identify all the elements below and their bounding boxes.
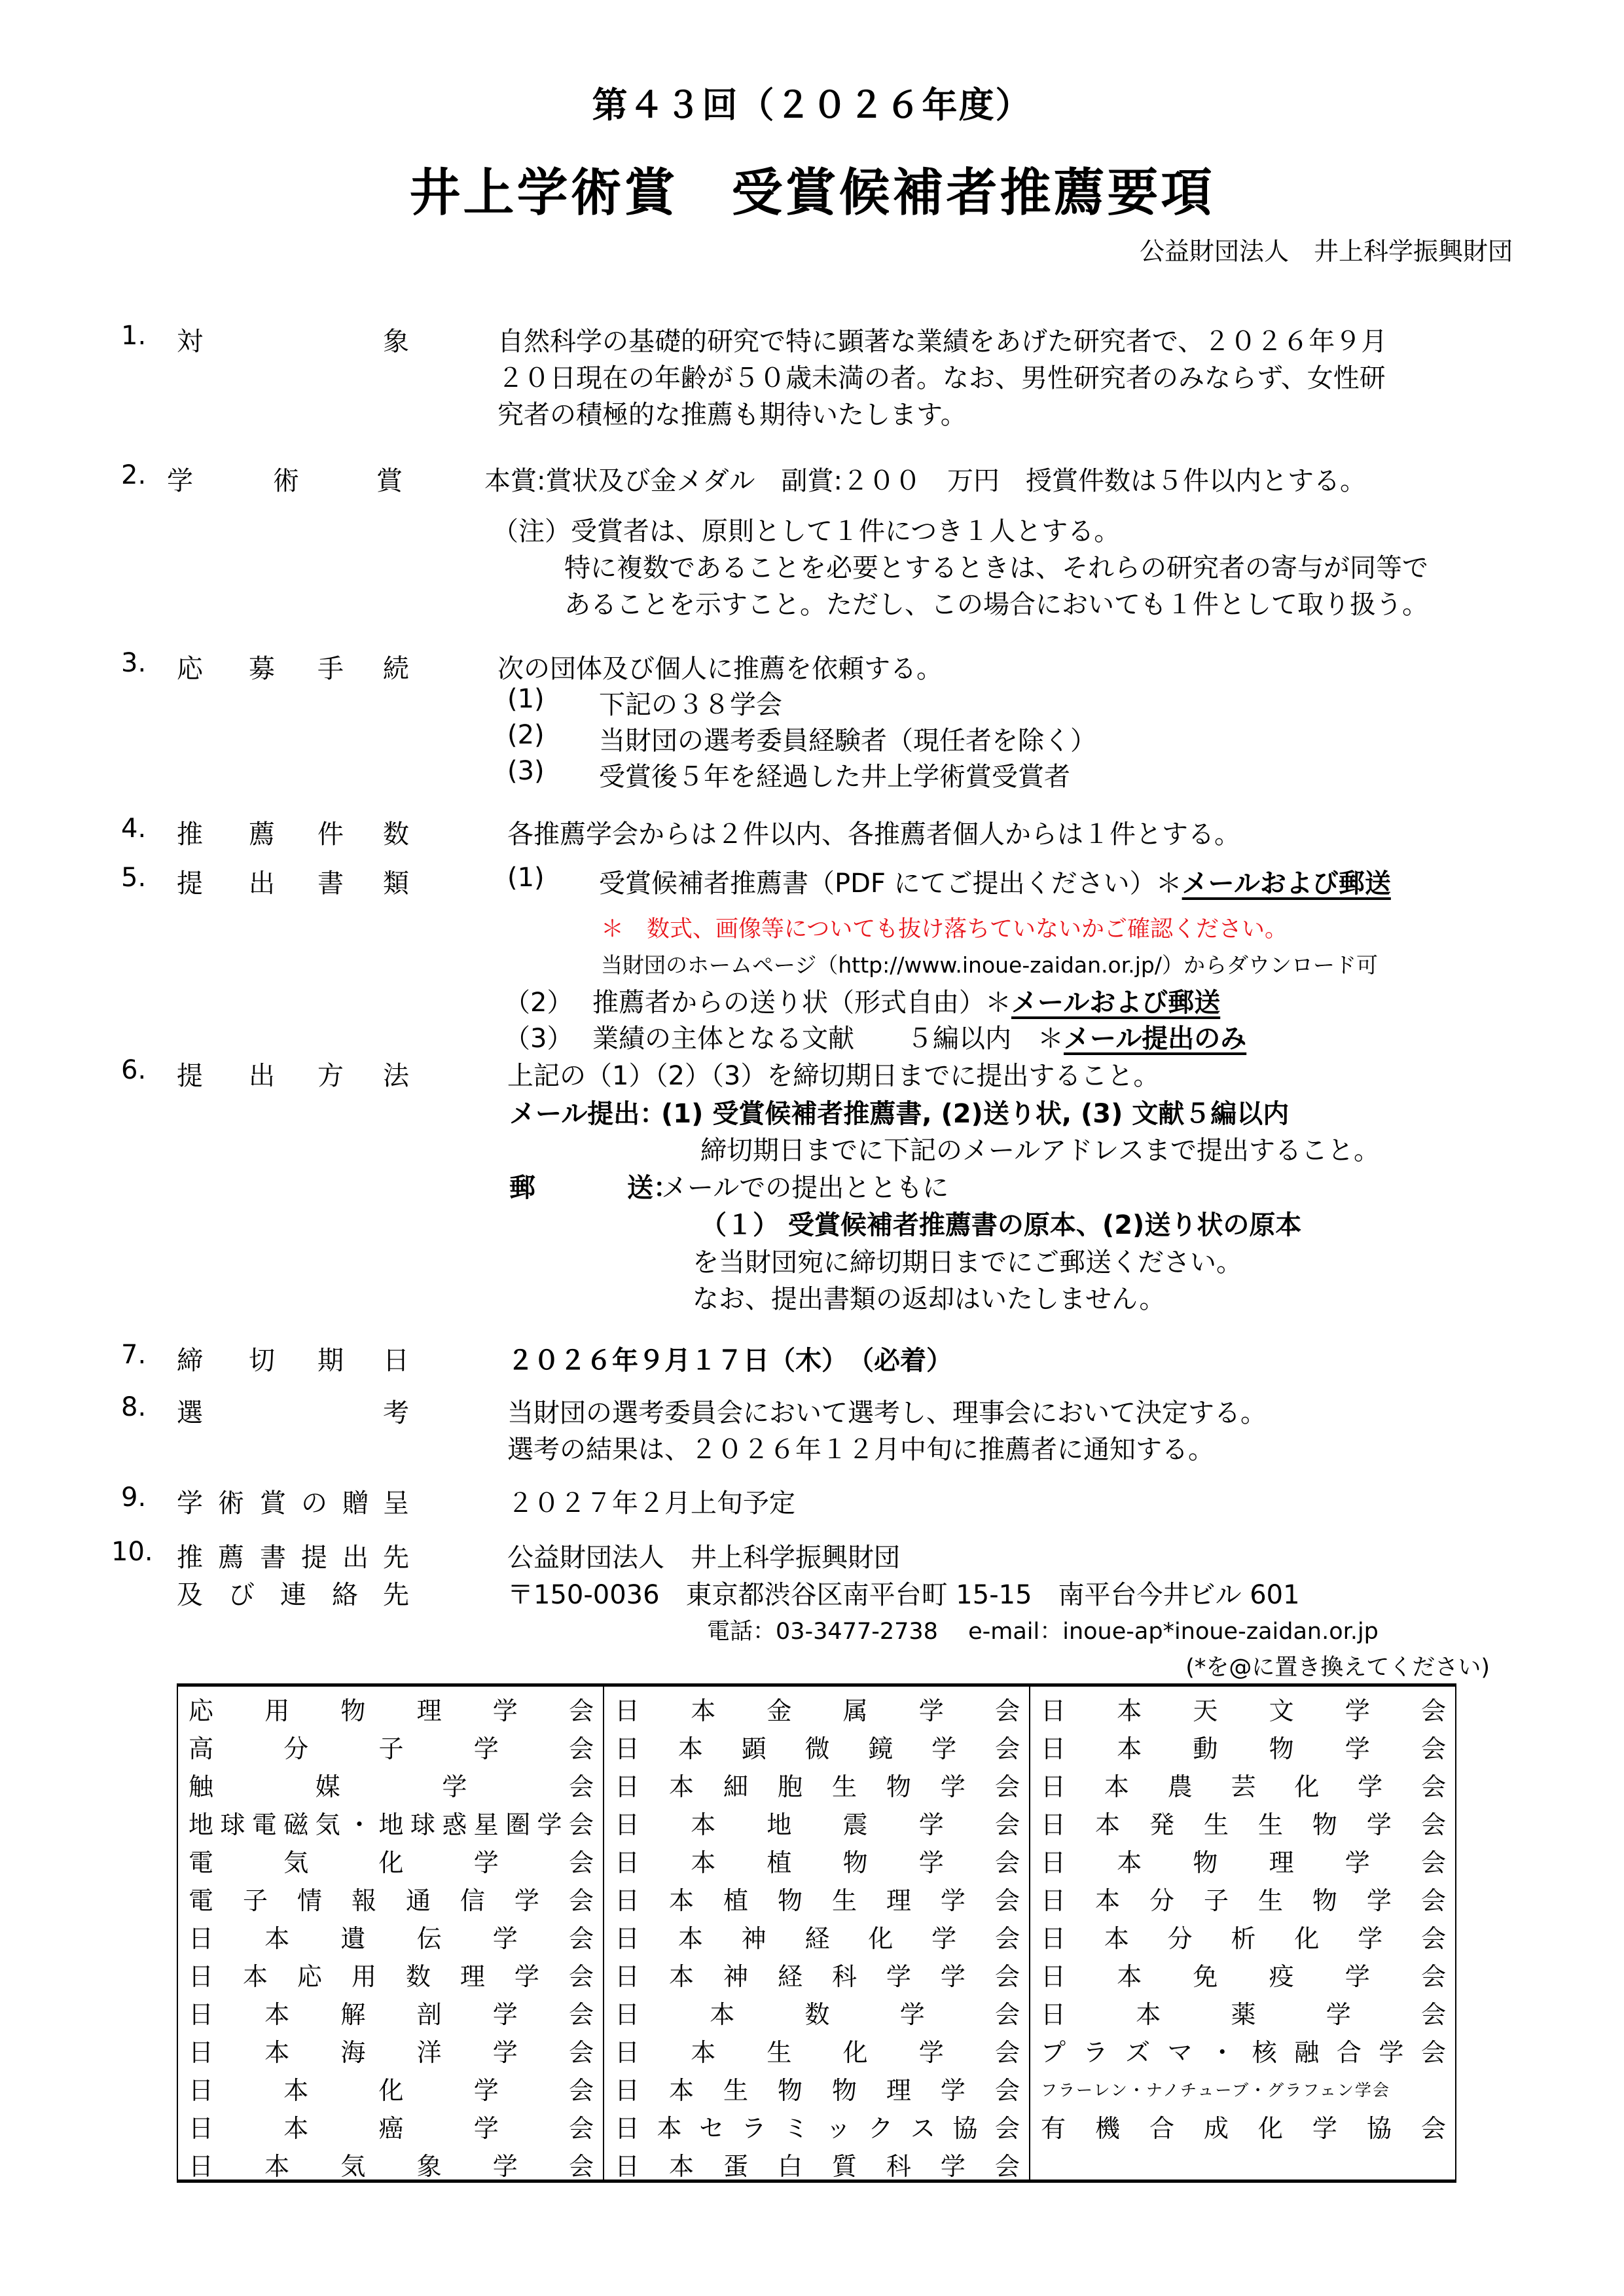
society-entry: 日本免疫学会 [1041,1958,1446,1996]
section-2-label: 2. 学 術 賞 [121,460,146,490]
label-char: 書 [260,1537,286,1574]
society-entry: プラズマ・核融合学会 [1041,2034,1446,2072]
label-char: 手 [317,648,344,685]
label-char: 数 [383,814,409,851]
label-char: 出 [342,1537,369,1574]
society-entry: 日本解剖学会 [189,1996,594,2034]
society-entry: 日本植物生理学会 [615,1882,1020,1920]
email-submission-items: (1) 受賞候補者推薦書, (2)送り状, (3) 文献５編以内 [661,1093,1289,1130]
society-entry: フラーレン・ナノチューブ・グラフェン学会 [1041,2072,1446,2109]
society-entry: 日本癌学会 [189,2109,594,2147]
society-entry: 日本セラミックス協会 [615,2109,1020,2147]
label-char: 日 [383,1340,409,1377]
document-title: 井上学術賞 受賞候補者推薦要項 [0,152,1624,225]
label-char: 出 [249,863,275,900]
society-entry: 電子情報通信学会 [189,1882,594,1920]
section-number: 5. [121,863,146,893]
section-7-label: 7. 締 切 期 日 [121,1340,146,1370]
section-number: 10. [111,1537,153,1567]
section-number: 1. [121,321,146,351]
section-1-line: 究者の積極的な推薦も期待いたします。 [497,394,967,431]
section-number: 2. [121,460,146,490]
document-item-1: 受賞候補者推薦書（PDF にてご提出ください）＊メールおよび郵送 [599,863,1391,900]
request-item: 下記の３８学会 [599,684,782,721]
postal-items: （１） 受賞候補者推薦書の原本、(2)送り状の原本 [700,1204,1301,1242]
section-1-line: 自然科学の基礎的研究で特に顕著な業績をあげた研究者で、２０２６年９月 [497,321,1387,358]
label-char: 募 [249,648,275,685]
warning-note: ＊ 数式、画像等についても抜け落ちていないかご確認ください。 [601,911,1288,944]
society-entry: 日本発生生物学会 [1041,1806,1446,1844]
society-entry: 日本数学会 [615,1996,1020,2034]
contact-phone-email: 電話：03-3477-2738 e-mail：inoue-ap*inoue-za… [707,1613,1379,1646]
label-char: 賞 [260,1482,286,1520]
email-submission-note: 締切期日までに下記のメールアドレスまで提出すること。 [700,1130,1380,1167]
section-10-label: 10. 推 薦 書 提 出 先 [111,1537,153,1567]
label-char: 応 [177,648,203,685]
award-note: 特に複数であることを必要とするときは、それらの研究者の寄与が同等で [564,547,1428,584]
society-entry: 日本農芸化学会 [1041,1768,1446,1806]
document-item-2: 推薦者からの送り状（形式自由）＊メールおよび郵送 [592,982,1220,1019]
label-char: 術 [273,460,299,497]
section-4-label: 4. 推 薦 件 数 [121,814,146,844]
society-entry: 日本応用数理学会 [189,1958,594,1996]
document-item-num: （3） [504,1018,573,1055]
society-entry: 日本遺伝学会 [189,1920,594,1958]
label-char: 推 [177,1537,203,1574]
award-details: 本賞:賞状及び金メダル 副賞:２００ 万円 授賞件数は５件以内とする。 [484,460,1366,497]
label-char: び [228,1574,255,1611]
document-item-text: 受賞候補者推薦書（PDF にてご提出ください）＊ [599,869,1182,899]
document-subtitle: 第４３回（２０２６年度） [0,77,1624,128]
society-entry: 日本金属学会 [615,1692,1020,1730]
label-char: 絡 [332,1574,358,1611]
label-char: の [301,1482,327,1520]
society-entry: 日本植物学会 [615,1844,1020,1882]
section-number: 3. [121,648,146,678]
label-char: 賞 [376,460,403,497]
section-1-line: ２０日現在の年齢が５０歳未満の者。なお、男性研究者のみならず、女性研 [497,357,1386,395]
request-item-num: (1) [507,684,545,714]
label-char: 提 [301,1537,327,1574]
label-char: 呈 [383,1482,409,1520]
label-char: 法 [383,1055,409,1092]
label-char: 先 [383,1574,409,1611]
document-item-text: 推薦者からの送り状（形式自由）＊ [592,988,1011,1018]
contact-address: 〒150-0036 東京都渋谷区南平台町 15-15 南平台今井ビル 601 [507,1574,1300,1611]
deadline-date: ２０２６年９月１７日（木） （必着） [507,1340,952,1377]
label-char: 選 [177,1392,203,1429]
society-entry: 日本物理学会 [1041,1844,1446,1882]
postal-label: 郵 [509,1167,535,1204]
request-intro: 次の団体及び個人に推薦を依頼する。 [497,648,943,685]
request-item-num: (3) [507,756,545,786]
label-char: 方 [317,1055,344,1092]
section-number: 6. [121,1055,146,1085]
recommendation-count: 各推薦学会からは２件以内、各推薦者個人からは１件とする。 [507,814,1240,851]
issuing-organization: 公益財団法人 井上科学振興財団 [1140,231,1513,267]
label-char: 書 [317,863,344,900]
award-note: （注）受賞者は、原則として１件につき１人とする。 [492,511,1120,548]
societies-column-2: 日本金属学会日本顕微鏡学会日本細胞生物学会日本地震学会日本植物学会日本植物生理学… [604,1687,1030,2179]
society-entry: 日本分子生物学会 [1041,1882,1446,1920]
label-char: 締 [177,1340,203,1377]
label-char: 対 [177,321,203,358]
award-note: あることを示すこと。ただし、この場合においても１件として取り扱う。 [564,584,1428,621]
postal-intro: メールでの提出とともに [661,1167,948,1204]
label-char: 出 [249,1055,275,1092]
section-8-label: 8. 選 考 [121,1392,146,1422]
postal-note: なお、提出書類の返却はいたしません。 [693,1278,1165,1316]
society-entry: 日本神経科学学会 [615,1958,1020,1996]
selection-line: 当財団の選考委員会において選考し、理事会において決定する。 [507,1392,1267,1429]
submission-method: メールおよび郵送 [1011,988,1220,1018]
section-number: 4. [121,814,146,844]
society-entry: 日本化学会 [189,2072,594,2109]
label-char: 件 [317,814,344,851]
request-item: 受賞後５年を経過した井上学術賞受賞者 [599,756,1070,793]
request-item-num: (2) [507,720,545,750]
selection-line: 選考の結果は、２０２６年１２月中旬に推薦者に通知する。 [507,1429,1214,1466]
societies-column-3: 日本天文学会日本動物学会日本農芸化学会日本発生生物学会日本物理学会日本分子生物学… [1030,1687,1455,2179]
section-number: 8. [121,1392,146,1422]
section-number: 7. [121,1340,146,1370]
document-item-num: （2） [504,982,573,1019]
society-entry: 日本海洋学会 [189,2034,594,2072]
society-entry: 高分子学会 [189,1730,594,1768]
label-char: 推 [177,814,203,851]
label-char: 類 [383,863,409,900]
society-entry: 地球電磁気・地球惑星圏学会 [189,1806,594,1844]
section-3-label: 3. 応 募 手 続 [121,648,146,678]
label-char: 考 [383,1392,409,1429]
label-char: 提 [177,1055,203,1092]
download-note: 当財団のホームページ（http://www.inoue-zaidan.or.jp… [601,948,1378,979]
submission-intro: 上記の（1）（2）（3）を締切期日までに提出すること。 [507,1055,1159,1092]
section-number: 9. [121,1482,146,1513]
label-char: 薦 [249,814,275,851]
section-1-label: 1. 対 象 [121,321,416,351]
society-entry: 日本動物学会 [1041,1730,1446,1768]
society-entry: 日本蛋白質科学会 [615,2147,1020,2185]
document-item-text: 業績の主体となる文献 ５編以内 ＊ [592,1024,1064,1054]
contact-organization: 公益財団法人 井上科学振興財団 [507,1537,900,1574]
label-char: 術 [218,1482,244,1520]
document-item-num: (1) [507,863,545,893]
societies-table: 応用物理学会高分子学会触媒学会地球電磁気・地球惑星圏学会電気化学会電子情報通信学… [177,1683,1456,2183]
society-entry: 日本天文学会 [1041,1692,1446,1730]
section-6-label: 6. 提 出 方 法 [121,1055,146,1085]
label-char: 学 [177,1482,203,1520]
society-entry: 電気化学会 [189,1844,594,1882]
society-entry: 日本細胞生物学会 [615,1768,1020,1806]
society-entry: 日本生化学会 [615,2034,1020,2072]
award-presentation-date: ２０２７年２月上旬予定 [507,1482,795,1520]
society-entry: 応用物理学会 [189,1692,594,1730]
society-entry: 日本顕微鏡学会 [615,1730,1020,1768]
label-char: 提 [177,863,203,900]
label-char: 続 [383,648,409,685]
society-entry: 日本地震学会 [615,1806,1020,1844]
label-char: 先 [383,1537,409,1574]
society-entry: 有機合成化学協会 [1041,2109,1446,2147]
email-replace-note: (*を@に置き換えてください) [1185,1649,1490,1682]
request-item: 当財団の選考委員経験者（現任者を除く） [599,720,1096,757]
section-5-label: 5. 提 出 書 類 [121,863,146,893]
submission-method: メール提出のみ [1064,1024,1246,1054]
label-char: 切 [249,1340,275,1377]
label-char: 及 [177,1574,203,1611]
email-submission-label: メール提出： [509,1093,666,1130]
society-entry: 日本生物物理学会 [615,2072,1020,2109]
society-entry: 日本気象学会 [189,2147,594,2185]
societies-column-1: 応用物理学会高分子学会触媒学会地球電磁気・地球惑星圏学会電気化学会電子情報通信学… [178,1687,604,2179]
submission-method: メールおよび郵送 [1182,869,1391,899]
document-item-3: 業績の主体となる文献 ５編以内 ＊メール提出のみ [592,1018,1246,1055]
label-char: 期 [317,1340,344,1377]
society-entry: 日本薬学会 [1041,1996,1446,2034]
label-char: 象 [383,321,409,358]
label-char: 贈 [342,1482,369,1520]
society-entry: 触媒学会 [189,1768,594,1806]
society-entry: 日本分析化学会 [1041,1920,1446,1958]
section-9-label: 9. 学 術 賞 の 贈 呈 [121,1482,146,1513]
label-char: 連 [280,1574,306,1611]
society-entry: 日本神経化学会 [615,1920,1020,1958]
label-char: 学 [167,460,193,497]
label-char: 薦 [218,1537,244,1574]
postal-note: を当財団宛に締切期日までにご郵送ください。 [693,1242,1242,1279]
